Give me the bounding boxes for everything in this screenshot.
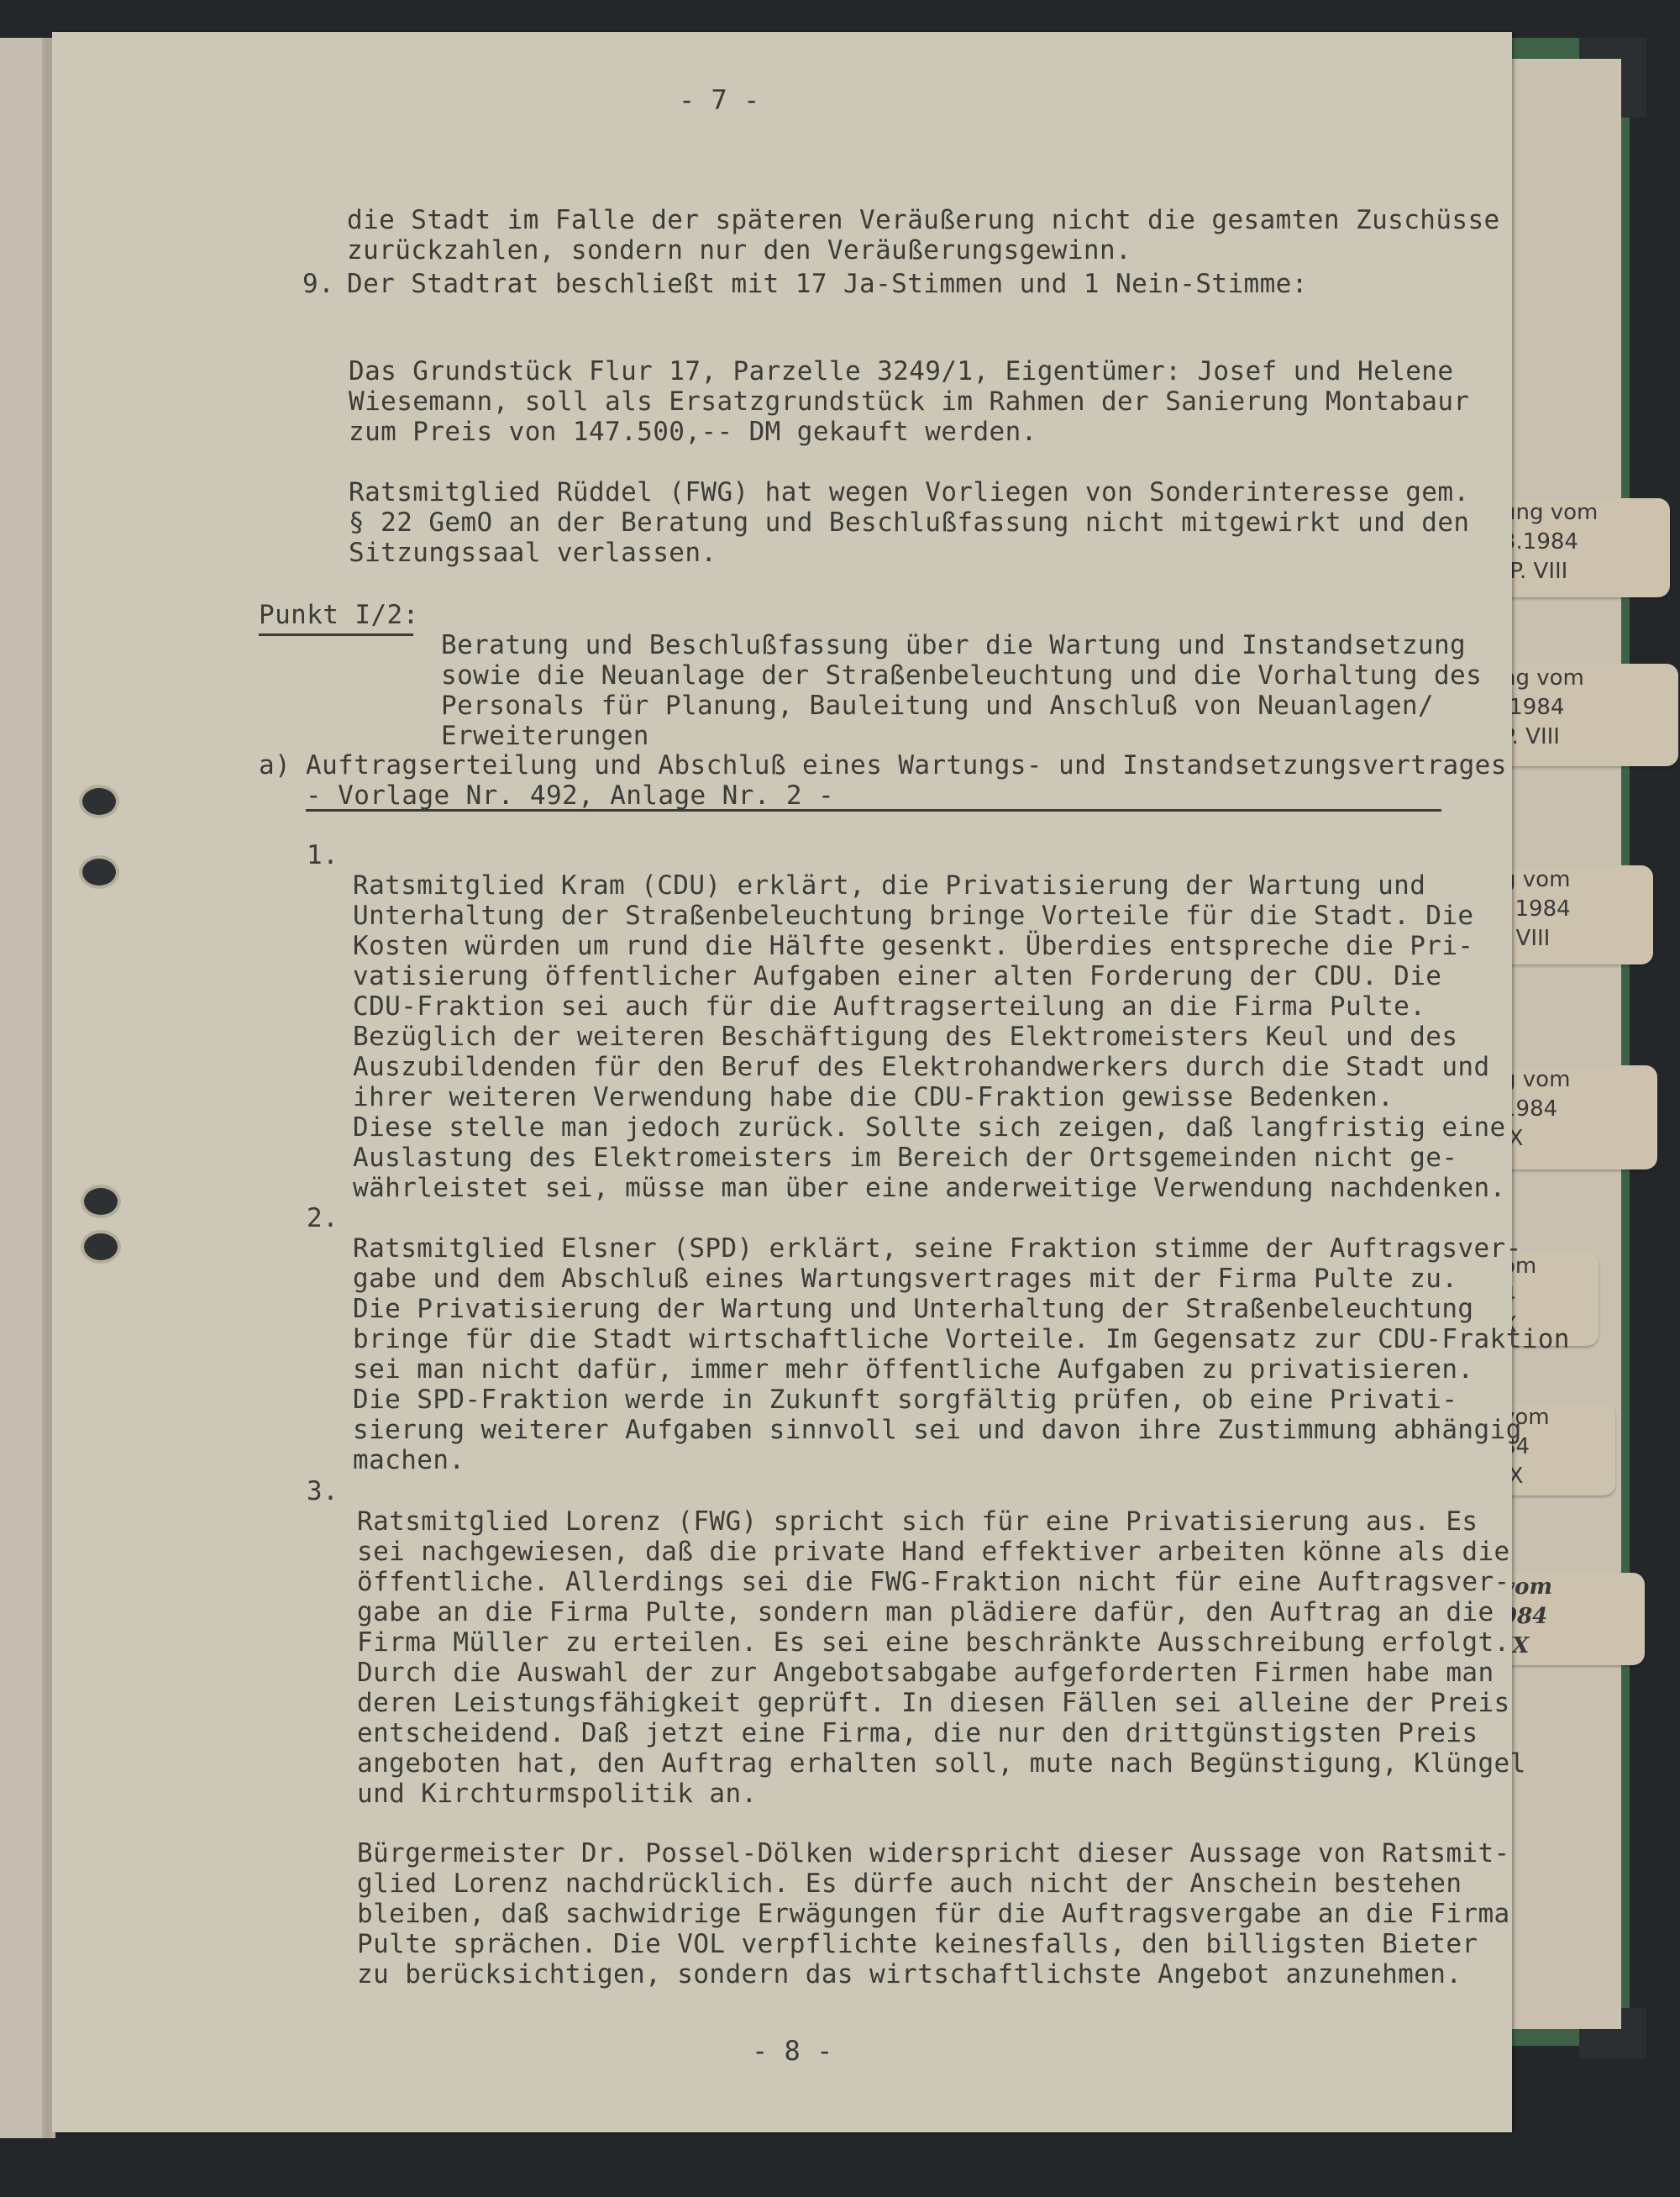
subsection-underline [306, 809, 1441, 812]
tab-label: ng vom [1502, 664, 1678, 693]
text-line: Unterhaltung der Straßenbeleuchtung brin… [353, 901, 1506, 931]
text-line: CDU-Fraktion sei auch für die Auftragser… [353, 991, 1506, 1022]
item-number: 2. [307, 1203, 339, 1233]
statement-cdu: Ratsmitglied Kram (CDU) erklärt, die Pri… [353, 840, 1506, 1203]
statement-spd: Ratsmitglied Elsner (SPD) erklärt, seine… [353, 1203, 1570, 1475]
text-line: glied Lorenz nachdrücklich. Es dürfe auc… [357, 1869, 1510, 1899]
tab-label: P. VIII [1502, 723, 1678, 752]
text-line: ihrer weiteren Verwendung habe die CDU-F… [353, 1082, 1506, 1112]
text-line: Das Grundstück Flur 17, Parzelle 3249/1,… [349, 356, 1469, 386]
text-line: Auszubildenden für den Beruf des Elektro… [353, 1052, 1506, 1082]
text-line: sei nachgewiesen, daß die private Hand e… [357, 1537, 1526, 1567]
item-9-text: Der Stadtrat beschließt mit 17 Ja-Stimme… [347, 269, 1308, 299]
index-tab[interactable]: ng vom .1984 P. VIII [1495, 664, 1678, 766]
text-line: Beratung und Beschlußfassung über die Wa… [441, 630, 1482, 660]
tab-label: ung vom [1502, 498, 1670, 528]
text-line: zurückzahlen, sondern nur den Veräußerun… [347, 235, 1500, 265]
text-line: Erweiterungen [441, 721, 1482, 751]
text-line: bleiben, daß sachwidrige Erwägungen für … [357, 1899, 1510, 1929]
text-line: Firma Müller zu erteilen. Es sei eine be… [357, 1627, 1526, 1658]
text-line: entscheidend. Daß jetzt eine Firma, die … [357, 1718, 1526, 1748]
subsection-reference: - Vorlage Nr. 492, Anlage Nr. 2 - [306, 781, 834, 811]
text-line: Sitzungssaal verlassen. [349, 538, 1469, 568]
text-line: sierung weiterer Aufgaben sinnvoll sei u… [353, 1415, 1570, 1445]
text-line: Ratsmitglied Kram (CDU) erklärt, die Pri… [353, 870, 1506, 901]
page-number-header: - 7 - [679, 84, 759, 116]
text-line: bringe für die Stadt wirtschaftliche Vor… [353, 1324, 1570, 1354]
label-underline [259, 633, 413, 636]
text-line: sei man nicht dafür, immer mehr öffentli… [353, 1354, 1570, 1385]
text-line: Wiesemann, soll als Ersatzgrundstück im … [349, 386, 1469, 417]
text-line: deren Leistungsfähigkeit geprüft. In die… [357, 1688, 1526, 1718]
index-tab[interactable]: g vom i 1984 . VIII [1495, 865, 1653, 964]
underlying-page [1512, 59, 1621, 2029]
continuation-text: die Stadt im Falle der späteren Veräußer… [347, 175, 1500, 265]
text-line: gabe und dem Abschluß eines Wartungsvert… [353, 1264, 1570, 1294]
text-line: angeboten hat, den Auftrag erhalten soll… [357, 1748, 1526, 1779]
mayor-response: Bürgermeister Dr. Possel-Dölken widerspr… [357, 1808, 1510, 1989]
agenda-item-title: Beratung und Beschlußfassung über die Wa… [441, 600, 1482, 751]
abstention-note: Ratsmitglied Rüddel (FWG) hat wegen Vorl… [349, 447, 1469, 568]
text-line: zu berücksichtigen, sondern das wirtscha… [357, 1959, 1510, 1989]
tab-label: g vom [1502, 865, 1653, 895]
item-number: 1. [307, 840, 339, 870]
punch-hole [84, 1233, 118, 1260]
statement-fwg: Ratsmitglied Lorenz (FWG) spricht sich f… [357, 1476, 1526, 1809]
text-line: öffentliche. Allerdings sei die FWG-Frak… [357, 1567, 1526, 1597]
text-line: machen. [353, 1445, 1570, 1475]
text-line: die Stadt im Falle der späteren Veräußer… [347, 205, 1500, 235]
text-line: zum Preis von 147.500,-- DM gekauft werd… [349, 417, 1469, 447]
text-line: und Kirchturmspolitik an. [357, 1779, 1526, 1809]
tab-label: 3.1984 [1502, 528, 1670, 557]
punch-hole [84, 1188, 118, 1215]
text-line: Diese stelle man jedoch zurück. Sollte s… [353, 1112, 1506, 1143]
tab-label: -P. VIII [1502, 557, 1670, 586]
punch-hole [82, 859, 116, 886]
text-line: sowie die Neuanlage der Straßenbeleuchtu… [441, 660, 1482, 691]
text-line: § 22 GemO an der Beratung und Beschlußfa… [349, 507, 1469, 538]
tab-label: 1984 [1502, 1095, 1657, 1124]
text-line: Personals für Planung, Bauleitung und An… [441, 691, 1482, 721]
page-number-footer: - 8 - [752, 2035, 832, 2067]
text-line: Durch die Auswahl der zur Angebotsabgabe… [357, 1658, 1526, 1688]
text-line: Auslastung des Elektromeisters im Bereic… [353, 1143, 1506, 1173]
text-line: Ratsmitglied Rüddel (FWG) hat wegen Vorl… [349, 477, 1469, 507]
text-line: Kosten würden um rund die Hälfte gesenkt… [353, 931, 1506, 961]
tab-label: IX [1502, 1124, 1657, 1154]
index-tab[interactable]: ung vom 3.1984 -P. VIII [1495, 498, 1670, 597]
text-line: vatisierung öffentlicher Aufgaben einer … [353, 961, 1506, 991]
punch-hole [82, 788, 116, 815]
text-line: Die SPD-Fraktion werde in Zukunft sorgfä… [353, 1385, 1570, 1415]
text-line: Die Privatisierung der Wartung und Unter… [353, 1294, 1570, 1324]
agenda-item-label: Punkt I/2: [259, 600, 419, 630]
item-number: 3. [307, 1476, 339, 1506]
text-line: gabe an die Firma Pulte, sondern man plä… [357, 1597, 1526, 1627]
tab-label: .1984 [1502, 693, 1678, 723]
tab-label: i 1984 [1502, 895, 1653, 924]
text-line: Ratsmitglied Elsner (SPD) erklärt, seine… [353, 1233, 1570, 1264]
index-tab[interactable]: g vom 1984 IX [1495, 1065, 1657, 1169]
item-number: 9. [302, 269, 334, 299]
resolution-text: Das Grundstück Flur 17, Parzelle 3249/1,… [349, 326, 1469, 447]
text-line: Pulte sprächen. Die VOL verpflichte kein… [357, 1929, 1510, 1959]
subsection-marker: a) [259, 750, 291, 781]
subsection-heading: Auftragserteilung und Abschluß eines War… [306, 750, 1507, 781]
text-line: währleistet sei, müsse man über eine and… [353, 1173, 1506, 1203]
text-line: Bezüglich der weiteren Beschäftigung des… [353, 1022, 1506, 1052]
tab-label: g vom [1502, 1065, 1657, 1095]
text-line: Bürgermeister Dr. Possel-Dölken widerspr… [357, 1838, 1510, 1869]
tab-label: . VIII [1502, 924, 1653, 954]
text-line: Ratsmitglied Lorenz (FWG) spricht sich f… [357, 1506, 1526, 1537]
